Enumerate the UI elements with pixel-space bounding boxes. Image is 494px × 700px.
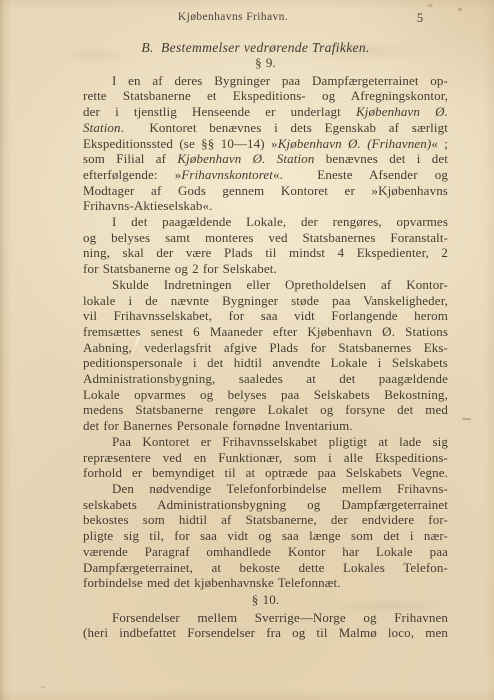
text-run: I en af deres Bygninger paa Dampfærgeter… bbox=[112, 73, 448, 88]
text-run: Den nødvendige Telefonforbindelse mellem… bbox=[112, 481, 448, 496]
text-run: I det paagældende Lokale, der rengøres, … bbox=[112, 214, 448, 229]
text-run: og belyses samt monteres ved Statsbanern… bbox=[83, 230, 448, 245]
page-number: 5 bbox=[410, 11, 430, 26]
italic-text-run: Kjøbenhavn Ø. (Frihavnen) bbox=[278, 136, 432, 151]
text-run: peditionspersonale i det hidtil anvendte… bbox=[83, 355, 448, 370]
text-run: Dampfærgeterrainet, at bekoste dette Lok… bbox=[83, 560, 448, 575]
text-line: forbindelse med det kjøbenhavnske Telefo… bbox=[83, 575, 448, 591]
text-line: lokale i de nævnte Bygninger støde paa V… bbox=[83, 293, 448, 309]
text-run: « ; bbox=[431, 136, 448, 151]
paper-speck bbox=[458, 8, 462, 11]
text-run: Ekspeditionssted (se §§ 10—14) » bbox=[83, 136, 278, 151]
italic-text-run: Station bbox=[83, 120, 121, 135]
text-line: forhold er bemyndiget til at optræde paa… bbox=[83, 465, 448, 481]
text-line: Ekspeditionssted (se §§ 10—14) »Kjøbenha… bbox=[83, 136, 448, 152]
text-run: ning, skal der være Plads til mindst 4 E… bbox=[83, 245, 448, 260]
text-run: Frihavns-Aktieselskab«. bbox=[83, 198, 213, 213]
text-line: der i tjenstlig Henseende er underlagt K… bbox=[83, 104, 448, 120]
text-line: rette Statsbanerne et Ekspeditions- og A… bbox=[83, 88, 448, 104]
text-line: Administrationsbygning, saaledes at det … bbox=[83, 371, 448, 387]
text-line: bekostes som hidtil af Statsbanerne, der… bbox=[83, 512, 448, 528]
text-run: medens Statsbanerne rengøre Lokalet og f… bbox=[83, 402, 448, 417]
text-line: og belyses samt monteres ved Statsbanern… bbox=[83, 230, 448, 246]
page-body: § 9.I en af deres Bygninger paa Dampfærg… bbox=[83, 54, 448, 641]
text-line: Dampfærgeterrainet, at bekoste dette Lok… bbox=[83, 560, 448, 576]
text-line: Lokale opvarmes og belyses paa Selskabet… bbox=[83, 387, 448, 403]
text-run: det for Banernes Personale fornødne Inve… bbox=[83, 418, 353, 433]
text-line: repræsentere ved en Funktionær, som i al… bbox=[83, 450, 448, 466]
text-run: selskabets Administrationsbygning og Dam… bbox=[83, 497, 448, 512]
text-run: . Kontoret benævnes i dets Egenskab af s… bbox=[121, 120, 448, 135]
text-run: Lokale opvarmes og belyses paa Selskabet… bbox=[83, 387, 448, 402]
text-line: som Filial af Kjøbenhavn Ø. Station benæ… bbox=[83, 151, 448, 167]
text-run: repræsentere ved en Funktionær, som i al… bbox=[83, 450, 448, 465]
text-run: rette Statsbanerne et Ekspeditions- og A… bbox=[83, 88, 448, 103]
paragraph-heading: § 10. bbox=[83, 592, 448, 608]
text-run: Administrationsbygning, saaledes at det … bbox=[83, 371, 448, 386]
text-line: Frihavns-Aktieselskab«. bbox=[83, 198, 448, 214]
text-line: Modtager af Gods gennem Kontoret er »Kjø… bbox=[83, 183, 448, 199]
paper-speck bbox=[428, 4, 433, 7]
text-run: Skulde Indretningen eller Opretholdelsen… bbox=[112, 277, 448, 292]
text-line: Paa Kontoret er Frihavnsselskabet pligti… bbox=[83, 434, 448, 450]
text-run: der i tjenstlig Henseende er underlagt bbox=[83, 104, 356, 119]
text-line: værende Paragraf omhandlede Kontor har L… bbox=[83, 544, 448, 560]
text-line: ning, skal der være Plads til mindst 4 E… bbox=[83, 245, 448, 261]
text-line: medens Statsbanerne rengøre Lokalet og f… bbox=[83, 402, 448, 418]
text-run: Forsendelser mellem Sverrige—Norge og Fr… bbox=[112, 610, 448, 625]
italic-text-run: Kjøbenhavn Ø. bbox=[356, 104, 448, 119]
text-run: Modtager af Gods gennem Kontoret er »Kjø… bbox=[83, 183, 448, 198]
text-line: peditionspersonale i det hidtil anvendte… bbox=[83, 355, 448, 371]
italic-text-run: Frihavnskontoret bbox=[181, 167, 273, 182]
text-line: vil Frihavnsselskabet, for saa vidt Forl… bbox=[83, 308, 448, 324]
text-line: Skulde Indretningen eller Opretholdelsen… bbox=[83, 277, 448, 293]
running-title: Kjøbenhavns Frihavn. bbox=[83, 11, 383, 23]
scanned-book-page: Kjøbenhavns Frihavn. 5 B. Bestemmelser v… bbox=[0, 0, 494, 700]
text-line: I det paagældende Lokale, der rengøres, … bbox=[83, 214, 448, 230]
text-line: for Statsbanerne og 2 for Selskabet. bbox=[83, 261, 448, 277]
text-run: (heri indbefattet Forsendelser fra og ti… bbox=[83, 625, 448, 640]
text-run: benævnes det i det bbox=[314, 151, 448, 166]
text-run: Paa Kontoret er Frihavnsselskabet pligti… bbox=[112, 434, 448, 449]
paper-speck bbox=[40, 686, 46, 688]
text-line: det for Banernes Personale fornødne Inve… bbox=[83, 418, 448, 434]
text-run: forhold er bemyndiget til at optræde paa… bbox=[83, 465, 448, 480]
paragraph-heading: § 9. bbox=[83, 55, 448, 71]
text-run: pligte sig til, for saa vidt og saa læng… bbox=[83, 528, 448, 543]
text-line: (heri indbefattet Forsendelser fra og ti… bbox=[83, 625, 448, 641]
text-run: «. Eneste Afsender og bbox=[273, 167, 448, 182]
text-line: selskabets Administrationsbygning og Dam… bbox=[83, 497, 448, 513]
text-line: Den nødvendige Telefonforbindelse mellem… bbox=[83, 481, 448, 497]
text-line: pligte sig til, for saa vidt og saa læng… bbox=[83, 528, 448, 544]
text-line: Forsendelser mellem Sverrige—Norge og Fr… bbox=[83, 610, 448, 626]
text-run: lokale i de nævnte Bygninger støde paa V… bbox=[83, 293, 448, 308]
text-line: Station. Kontoret benævnes i dets Egensk… bbox=[83, 120, 448, 136]
text-line: I en af deres Bygninger paa Dampfærgeter… bbox=[83, 73, 448, 89]
text-run: forbindelse med det kjøbenhavnske Telefo… bbox=[83, 575, 341, 590]
paper-speck bbox=[462, 418, 471, 420]
text-run: vil Frihavnsselskabet, for saa vidt Forl… bbox=[83, 308, 448, 323]
italic-text-run: Kjøbenhavn Ø. Station bbox=[177, 151, 314, 166]
text-run: bekostes som hidtil af Statsbanerne, der… bbox=[83, 512, 448, 527]
text-run: for Statsbanerne og 2 for Selskabet. bbox=[83, 261, 277, 276]
text-line: efterfølgende: »Frihavnskontoret«. Enest… bbox=[83, 167, 448, 183]
text-run: som Filial af bbox=[83, 151, 177, 166]
text-run: efterfølgende: » bbox=[83, 167, 181, 182]
text-run: værende Paragraf omhandlede Kontor har L… bbox=[83, 544, 448, 559]
